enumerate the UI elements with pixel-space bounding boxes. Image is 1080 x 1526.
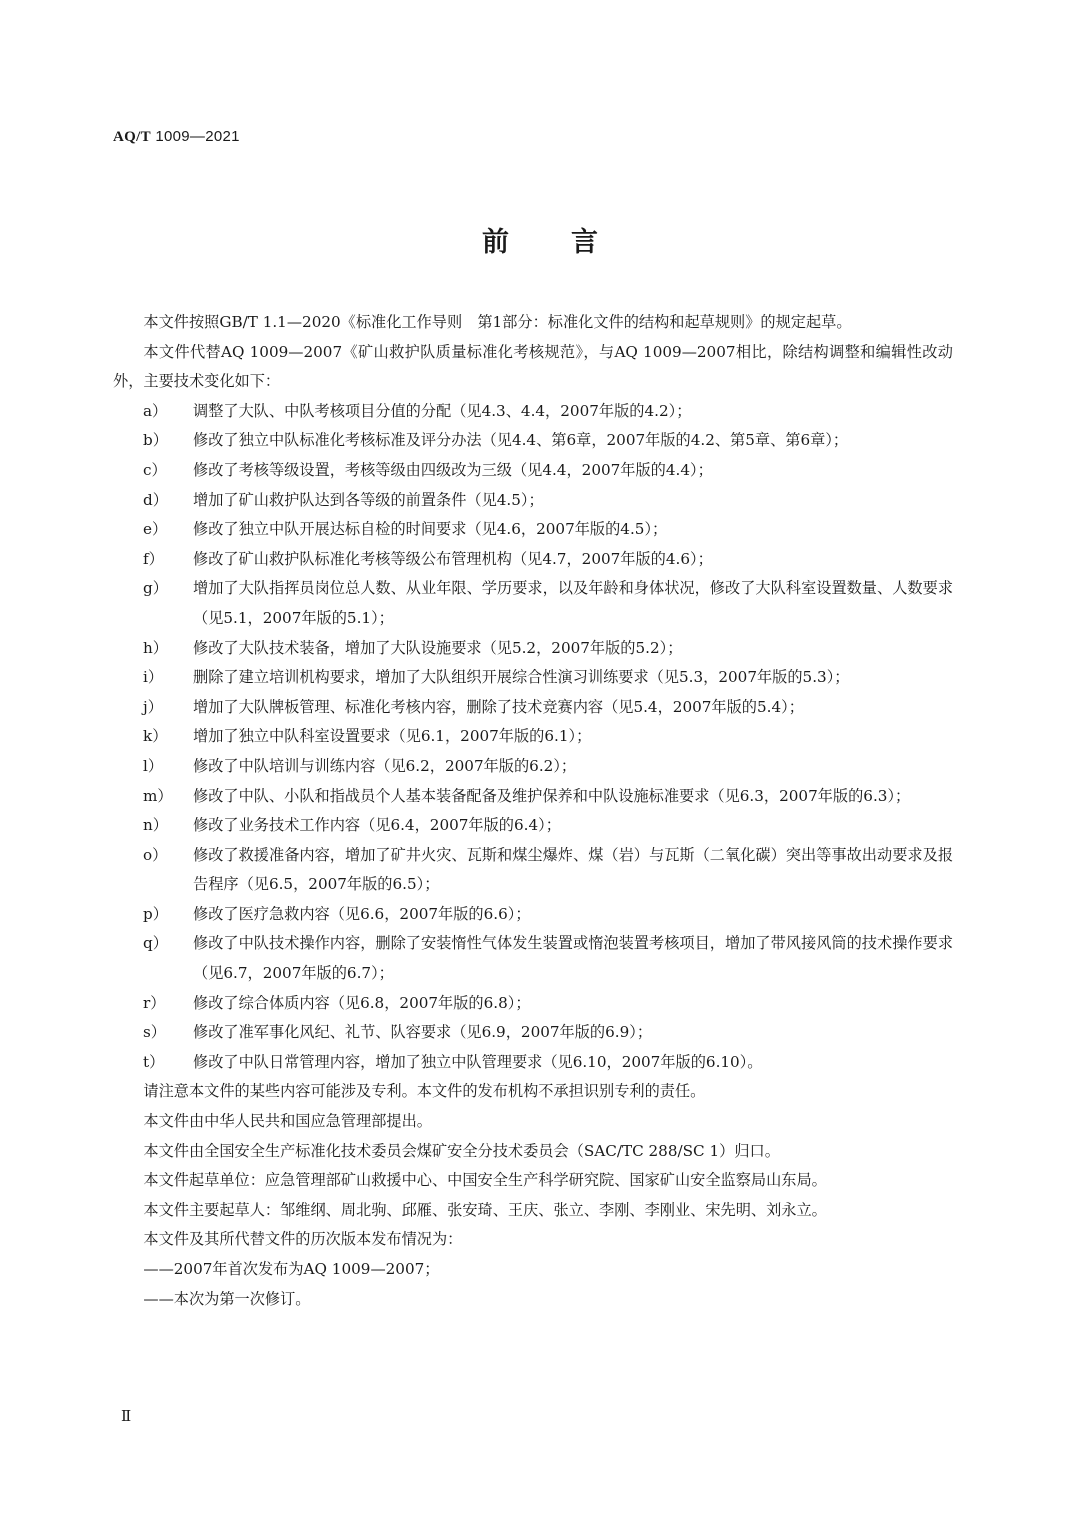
item-text: 修改了大队技术装备，增加了大队设施要求（见5.2，2007年版的5.2）； (177, 634, 953, 664)
item-label: g） (113, 574, 177, 633)
patent-notice: 请注意本文件的某些内容可能涉及专利。本文件的发布机构不承担识别专利的责任。 (113, 1077, 953, 1107)
page-title: 前言 (0, 220, 1080, 259)
item-label: d） (113, 486, 177, 516)
standard-code: AQ/T 1009—2021 (113, 128, 240, 146)
list-item: j）增加了大队牌板管理、标准化考核内容，删除了技术竞赛内容（见5.4，2007年… (113, 693, 953, 723)
list-item: n）修改了业务技术工作内容（见6.4，2007年版的6.4）； (113, 811, 953, 841)
list-item: g）增加了大队指挥员岗位总人数、从业年限、学历要求，以及年龄和身体状况，修改了大… (113, 574, 953, 633)
item-label: r） (113, 989, 177, 1019)
list-item: o）修改了救援准备内容，增加了矿井火灾、瓦斯和煤尘爆炸、煤（岩）与瓦斯（二氧化碳… (113, 841, 953, 900)
list-item: m）修改了中队、小队和指战员个人基本装备配备及维护保养和中队设施标准要求（见6.… (113, 782, 953, 812)
list-item: p）修改了医疗急救内容（见6.6，2007年版的6.6）； (113, 900, 953, 930)
item-text: 修改了独立中队标准化考核标准及评分办法（见4.4、第6章，2007年版的4.2、… (177, 426, 953, 456)
item-label: n） (113, 811, 177, 841)
item-text: 修改了救援准备内容，增加了矿井火灾、瓦斯和煤尘爆炸、煤（岩）与瓦斯（二氧化碳）突… (177, 841, 953, 900)
item-text: 增加了大队指挥员岗位总人数、从业年限、学历要求，以及年龄和身体状况，修改了大队科… (177, 574, 953, 633)
list-item: d）增加了矿山救护队达到各等级的前置条件（见4.5）； (113, 486, 953, 516)
item-label: a） (113, 397, 177, 427)
list-item: s）修改了准军事化风纪、礼节、队容要求（见6.9，2007年版的6.9）； (113, 1018, 953, 1048)
list-item: t）修改了中队日常管理内容，增加了独立中队管理要求（见6.10，2007年版的6… (113, 1048, 953, 1078)
title-char-1: 前 (482, 220, 509, 259)
list-item: b）修改了独立中队标准化考核标准及评分办法（见4.4、第6章，2007年版的4.… (113, 426, 953, 456)
item-label: e） (113, 515, 177, 545)
list-item: l）修改了中队培训与训练内容（见6.2，2007年版的6.2）； (113, 752, 953, 782)
page-number: Ⅱ (121, 1407, 131, 1425)
item-label: c） (113, 456, 177, 486)
item-text: 修改了中队培训与训练内容（见6.2，2007年版的6.2）； (177, 752, 953, 782)
list-item: h）修改了大队技术装备，增加了大队设施要求（见5.2，2007年版的5.2）； (113, 634, 953, 664)
item-label: m） (113, 782, 177, 812)
list-item: c）修改了考核等级设置，考核等级由四级改为三级（见4.4，2007年版的4.4）… (113, 456, 953, 486)
item-label: l） (113, 752, 177, 782)
item-text: 修改了中队日常管理内容，增加了独立中队管理要求（见6.10，2007年版的6.1… (177, 1048, 953, 1078)
item-text: 修改了中队、小队和指战员个人基本装备配备及维护保养和中队设施标准要求（见6.3，… (177, 782, 953, 812)
item-text: 增加了大队牌板管理、标准化考核内容，删除了技术竞赛内容（见5.4，2007年版的… (177, 693, 953, 723)
title-char-2: 言 (571, 220, 598, 259)
committee-statement: 本文件由全国安全生产标准化技术委员会煤矿安全分技术委员会（SAC/TC 288/… (113, 1137, 953, 1167)
item-text: 修改了考核等级设置，考核等级由四级改为三级（见4.4，2007年版的4.4）； (177, 456, 953, 486)
item-text: 修改了准军事化风纪、礼节、队容要求（见6.9，2007年版的6.9）； (177, 1018, 953, 1048)
item-text: 增加了矿山救护队达到各等级的前置条件（见4.5）； (177, 486, 953, 516)
list-item: i）删除了建立培训机构要求，增加了大队组织开展综合性演习训练要求（见5.3，20… (113, 663, 953, 693)
history-item: ——2007年首次发布为AQ 1009—2007； (113, 1255, 953, 1285)
list-item: a）调整了大队、中队考核项目分值的分配（见4.3、4.4，2007年版的4.2）… (113, 397, 953, 427)
drafters: 本文件主要起草人：邹维纲、周北驹、邱雁、张安琦、王庆、张立、李刚、李刚业、宋先明… (113, 1196, 953, 1226)
item-label: b） (113, 426, 177, 456)
item-label: k） (113, 722, 177, 752)
item-label: h） (113, 634, 177, 664)
version-history-intro: 本文件及其所代替文件的历次版本发布情况为： (113, 1225, 953, 1255)
list-item: k）增加了独立中队科室设置要求（见6.1，2007年版的6.1）； (113, 722, 953, 752)
proposer-statement: 本文件由中华人民共和国应急管理部提出。 (113, 1107, 953, 1137)
list-item: f）修改了矿山救护队标准化考核等级公布管理机构（见4.7，2007年版的4.6）… (113, 545, 953, 575)
list-item: e）修改了独立中队开展达标自检的时间要求（见4.6，2007年版的4.5）； (113, 515, 953, 545)
intro-paragraph: 本文件按照GB/T 1.1—2020《标准化工作导则 第1部分：标准化文件的结构… (113, 308, 953, 338)
item-label: i） (113, 663, 177, 693)
changes-list: a）调整了大队、中队考核项目分值的分配（见4.3、4.4，2007年版的4.2）… (113, 397, 953, 1078)
item-text: 修改了矿山救护队标准化考核等级公布管理机构（见4.7，2007年版的4.6）； (177, 545, 953, 575)
item-text: 修改了独立中队开展达标自检的时间要求（见4.6，2007年版的4.5）； (177, 515, 953, 545)
item-text: 修改了中队技术操作内容，删除了安装惰性气体发生装置或惰泡装置考核项目，增加了带风… (177, 929, 953, 988)
foreword-body: 本文件按照GB/T 1.1—2020《标准化工作导则 第1部分：标准化文件的结构… (113, 308, 953, 1314)
item-text: 修改了业务技术工作内容（见6.4，2007年版的6.4）； (177, 811, 953, 841)
item-label: s） (113, 1018, 177, 1048)
item-text: 修改了综合体质内容（见6.8，2007年版的6.8）； (177, 989, 953, 1019)
standard-prefix: AQ/T (113, 129, 151, 145)
drafting-units: 本文件起草单位：应急管理部矿山救援中心、中国安全生产科学研究院、国家矿山安全监察… (113, 1166, 953, 1196)
item-text: 调整了大队、中队考核项目分值的分配（见4.3、4.4，2007年版的4.2）； (177, 397, 953, 427)
item-label: q） (113, 929, 177, 988)
item-label: o） (113, 841, 177, 900)
intro-paragraph: 本文件代替AQ 1009—2007《矿山救护队质量标准化考核规范》，与AQ 10… (113, 338, 953, 397)
item-label: t） (113, 1048, 177, 1078)
item-text: 增加了独立中队科室设置要求（见6.1，2007年版的6.1）； (177, 722, 953, 752)
item-label: p） (113, 900, 177, 930)
history-item: ——本次为第一次修订。 (113, 1285, 953, 1315)
item-label: j） (113, 693, 177, 723)
item-label: f） (113, 545, 177, 575)
list-item: r）修改了综合体质内容（见6.8，2007年版的6.8）； (113, 989, 953, 1019)
list-item: q）修改了中队技术操作内容，删除了安装惰性气体发生装置或惰泡装置考核项目，增加了… (113, 929, 953, 988)
item-text: 删除了建立培训机构要求，增加了大队组织开展综合性演习训练要求（见5.3，2007… (177, 663, 953, 693)
item-text: 修改了医疗急救内容（见6.6，2007年版的6.6）； (177, 900, 953, 930)
standard-number: 1009—2021 (155, 128, 239, 145)
